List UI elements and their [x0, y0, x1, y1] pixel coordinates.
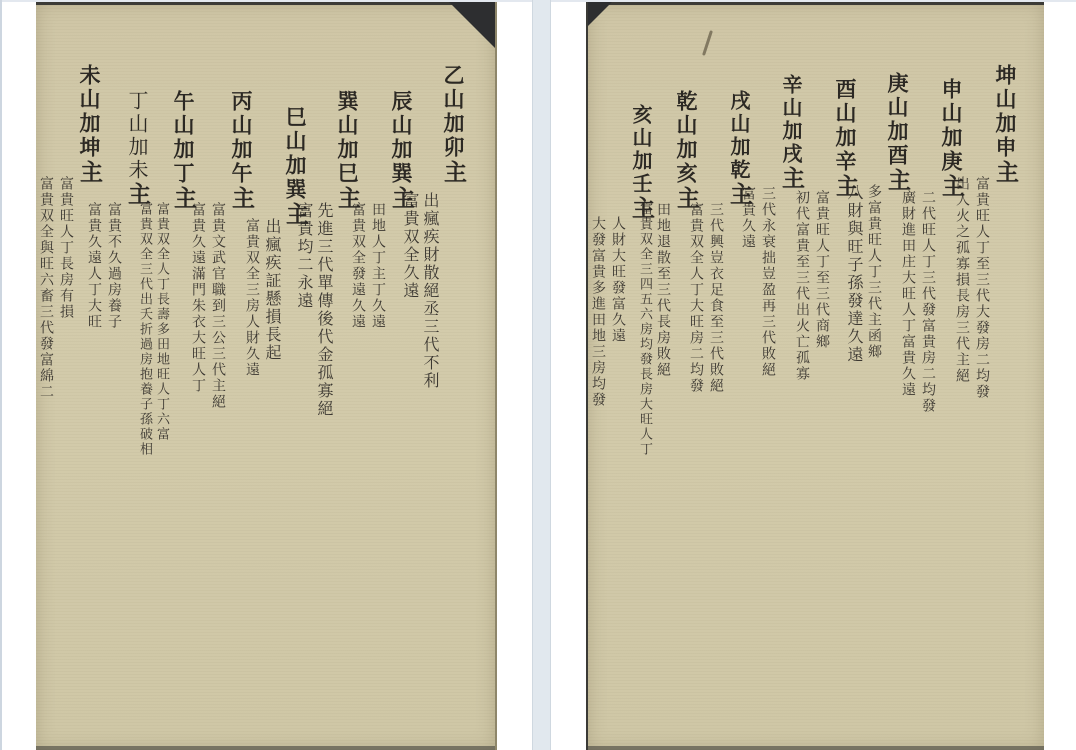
text-column: 丙山加午 主 富貴文武官職到三公三代主絕 富貴久遠滿門朱衣大旺人丁	[188, 90, 254, 410]
column-main: 主	[228, 186, 254, 212]
annotation-line: 先進三代單傳後代金孤寡絕	[314, 202, 334, 418]
annotation-line: 富貴不久過房養子	[104, 202, 124, 330]
page-bottom-edge	[588, 746, 1044, 750]
annotation-line: 出瘋疾財散絕丞三代不利	[420, 192, 440, 390]
annotation-line: 富貴文武官職到三公三代主絕	[208, 202, 228, 410]
annotation-line: 人財大旺發富久遠	[608, 216, 628, 408]
column-heading: 未山加坤	[76, 64, 102, 160]
annotation-line: 大發富貴多進田地三房均發	[588, 216, 608, 408]
viewer-left-border	[0, 0, 2, 750]
column-main: 主	[992, 160, 1018, 186]
column-main: 主	[282, 202, 308, 228]
column-main: 主	[726, 182, 752, 208]
page-bottom-edge	[36, 746, 495, 750]
column-heading: 辰山加巽	[388, 90, 414, 186]
annotation-line: 富貴旺人丁至三代大發房二均發	[972, 176, 992, 400]
column-main: 主	[388, 186, 414, 212]
left-page-scan: 乙山加卯 主 出瘋疾財散絕丞三代不利 富貴双全久遠 辰山加巽 主 田地人丁主丁久…	[36, 2, 497, 750]
column-main: 主	[884, 168, 910, 194]
column-main: 主	[778, 166, 804, 192]
column-main: 主	[938, 174, 964, 200]
column-heading: 申山加庚	[938, 78, 964, 174]
column-main: 主	[673, 186, 699, 212]
annotation-line: 三代永衰拙豈盈再三代敗絕	[758, 186, 778, 378]
column-heading: 坤山加申	[992, 64, 1018, 160]
folded-corner	[588, 2, 612, 26]
column-main: 主	[334, 186, 360, 212]
text-column: 亥山加壬 主 人財大旺發富久遠 大發富貴多進田地三房均發	[588, 104, 654, 408]
right-page-scan: 坤山加申 主 富貴旺人丁至三代大發房二均發 出人火之孤寡損長房三代主絕 申山加庚…	[586, 2, 1044, 750]
column-heading: 庚山加酉	[884, 72, 910, 168]
column-main: 主	[76, 160, 102, 186]
page-divider-scrollbar	[532, 0, 551, 750]
folded-corner	[449, 2, 495, 48]
column-heading: 辛山加戌	[778, 74, 804, 166]
annotation-line: 富貴旺人丁至三代商鄉	[812, 190, 832, 382]
column-heading: 乾山加亥	[673, 90, 699, 186]
annotation-line: 多富貴旺人丁三代主函鄉	[864, 184, 884, 364]
text-column: 未山加坤 主 富貴旺人丁長房有損 富貴双全與旺六畜三代發富綿二	[36, 64, 102, 400]
annotation-line: 田地人丁主丁久遠	[368, 202, 388, 330]
column-main: 主	[170, 186, 196, 212]
column-main: 主	[124, 182, 150, 208]
annotation-line: 富貴双全與旺六畜三代發富綿二	[36, 176, 56, 400]
annotation-line: 富貴旺人丁長房有損	[56, 176, 76, 400]
annotation-line: 田地退散至三代長房敗絕	[653, 202, 673, 457]
annotation-line: 出瘋疾証懸損長起	[262, 218, 282, 378]
column-heading: 午山加丁	[170, 90, 196, 186]
annotation-line: 三代興豈衣足食至三代敗絕	[706, 202, 726, 394]
column-heading: 乙山加卯	[440, 64, 466, 160]
annotation-line: 富貴双全人丁長壽多田地旺人丁六富	[153, 202, 170, 457]
column-heading: 戌山加乾	[726, 90, 752, 182]
column-heading: 巳山加巽	[282, 106, 308, 202]
annotation-line: 二代旺人丁三代發富貴房二均發	[918, 190, 938, 414]
column-heading: 丙山加午	[228, 90, 254, 186]
column-main: 主	[628, 196, 654, 222]
column-heading: 丁山加未	[124, 90, 150, 182]
column-heading: 巽山加巳	[334, 90, 360, 186]
column-heading: 酉山加辛	[832, 78, 858, 174]
column-heading: 亥山加壬	[628, 104, 654, 196]
ink-mark	[702, 30, 713, 56]
column-main: 主	[832, 174, 858, 200]
column-main: 主	[440, 160, 466, 186]
